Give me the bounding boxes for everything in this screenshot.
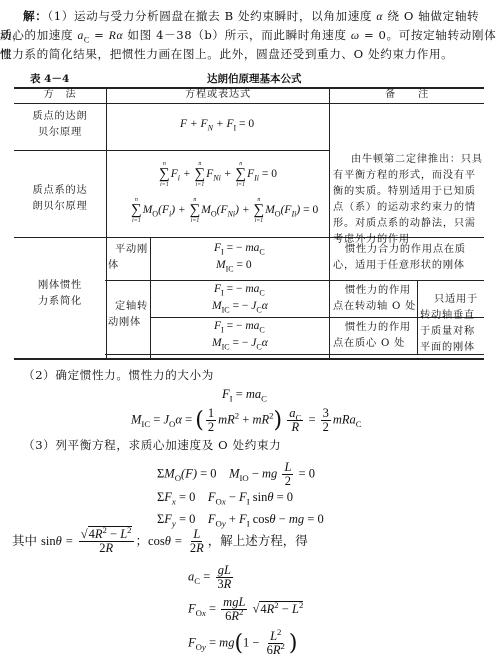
step2-text: （2）确定惯性力。惯性力的大小为 [0, 366, 497, 385]
eq-fixed-a-moment: MIC = − JCα [212, 300, 268, 312]
step3-eq1: ΣMO(F) = 0 MIO − mg L2 = 0 [157, 461, 315, 488]
translation-rule [105, 280, 484, 281]
result-ac: aC = gL3R [188, 564, 235, 591]
col2-divider [329, 87, 330, 360]
type-fixed-axis: 定轴转 动刚体 [108, 299, 148, 331]
method-system: 质点系的达 朗贝尔原理 [14, 183, 106, 215]
note-translation: 惯性力合力的作用点在质心，适用于任意形状的刚体 [333, 242, 483, 274]
header-equation: 方程或表达式 [107, 87, 329, 103]
table-title: 达朗伯原理基本公式 [207, 71, 302, 86]
intro-line-3: 性力系的简化结果，把惯性力画在图上。此外，圆盘还受到重力、O 处约束力作用。 [0, 45, 497, 64]
step2-eq2: MIC = JOα = (12mR2 + mR2) aCR = 32mRaC [131, 407, 362, 434]
shared-note-divider [417, 280, 418, 354]
col1-divider [106, 87, 107, 360]
step3-text: （3）列平衡方程，求质心加速度及 O 处约束力 [0, 436, 497, 455]
type-translation-line2: 体 [108, 258, 148, 274]
header-rule [14, 103, 484, 104]
header-remark: 备 注 [330, 87, 484, 103]
method-rigid: 刚体惯性 力系简化 [14, 278, 106, 310]
note-fixed-a: 惯性力的作用点在转动轴 O 处 [333, 283, 417, 315]
type-translation: 平动刚 体 [108, 242, 148, 274]
remark-newton: 由牛顿第二定律推出：只具有平衡方程的形式，而没有平衡的实质。特别适用于已知质点（… [333, 152, 483, 248]
note-fixed-b: 惯性力的作用点在质心 O 处 [333, 320, 417, 352]
eq-system-force: n∑i=1Fi + n∑i=1FNi + n∑i=1FIi = 0 [158, 161, 277, 188]
eq-fixed-a-force: FI = − maC [214, 283, 265, 295]
step3-eq3: ΣFy = 0 FOy + FI cosθ − mg = 0 [157, 512, 324, 527]
eq-translation-moment: MIC = 0 [216, 259, 252, 271]
type-translation-line1: 平动刚 [108, 242, 148, 258]
step3-where: 其中 sinθ = √4R2 − L22R；cosθ = L2R，解上述方程，得 [12, 528, 308, 555]
solve-text: ，解上述方程，得 [208, 533, 308, 548]
method-particle-line1: 质点的达朗 [14, 109, 106, 125]
row1-rule [14, 150, 329, 151]
method-system-line2: 朗贝尔原理 [14, 199, 106, 215]
formula-table: 方 法 方程或表达式 备 注 质点的达朗 贝尔原理 F + FN + FI = … [0, 87, 497, 359]
header-method: 方 法 [14, 87, 106, 103]
method-rigid-line1: 刚体惯性 [14, 278, 106, 294]
eq-system-moment: n∑i=1MO(Fi) + n∑i=1MO(FNi) + n∑i=1MO(FIi… [130, 197, 318, 224]
method-system-line1: 质点系的达 [14, 183, 106, 199]
step2-eq1: FI = maC [222, 387, 267, 402]
table-bottom-rule [14, 358, 484, 360]
eq-fixed-b-moment: MIC = − JCα [212, 337, 268, 349]
eq-translation-force: FI = − maC [214, 242, 265, 254]
eq-fixed-b-force: FI = − maC [214, 320, 265, 332]
table-number: 表 4－4 [30, 71, 69, 86]
type-fixed-axis-line2: 动刚体 [108, 315, 148, 331]
type-fixed-axis-line1: 定轴转 [108, 299, 148, 315]
method-particle: 质点的达朗 贝尔原理 [14, 109, 106, 141]
note-fixed-shared: 只适用于转动轴垂直于质量对称平面的刚体 [420, 292, 484, 356]
step3-eq2: ΣFx = 0 FOx − FI sinθ = 0 [157, 490, 293, 505]
eq-particle: F + FN + FI = 0 [180, 118, 254, 130]
method-particle-line2: 贝尔原理 [14, 125, 106, 141]
result-fox: FOx = mgL6R2 √4R2 − L2 [188, 596, 303, 623]
method-rigid-line2: 力系简化 [14, 294, 106, 310]
solution-label: 解： [23, 9, 47, 23]
where-prefix: 其中 [12, 533, 37, 548]
result-foy: FOy = mg(1 − L26R2) [188, 630, 297, 657]
subtype-divider [150, 237, 151, 360]
